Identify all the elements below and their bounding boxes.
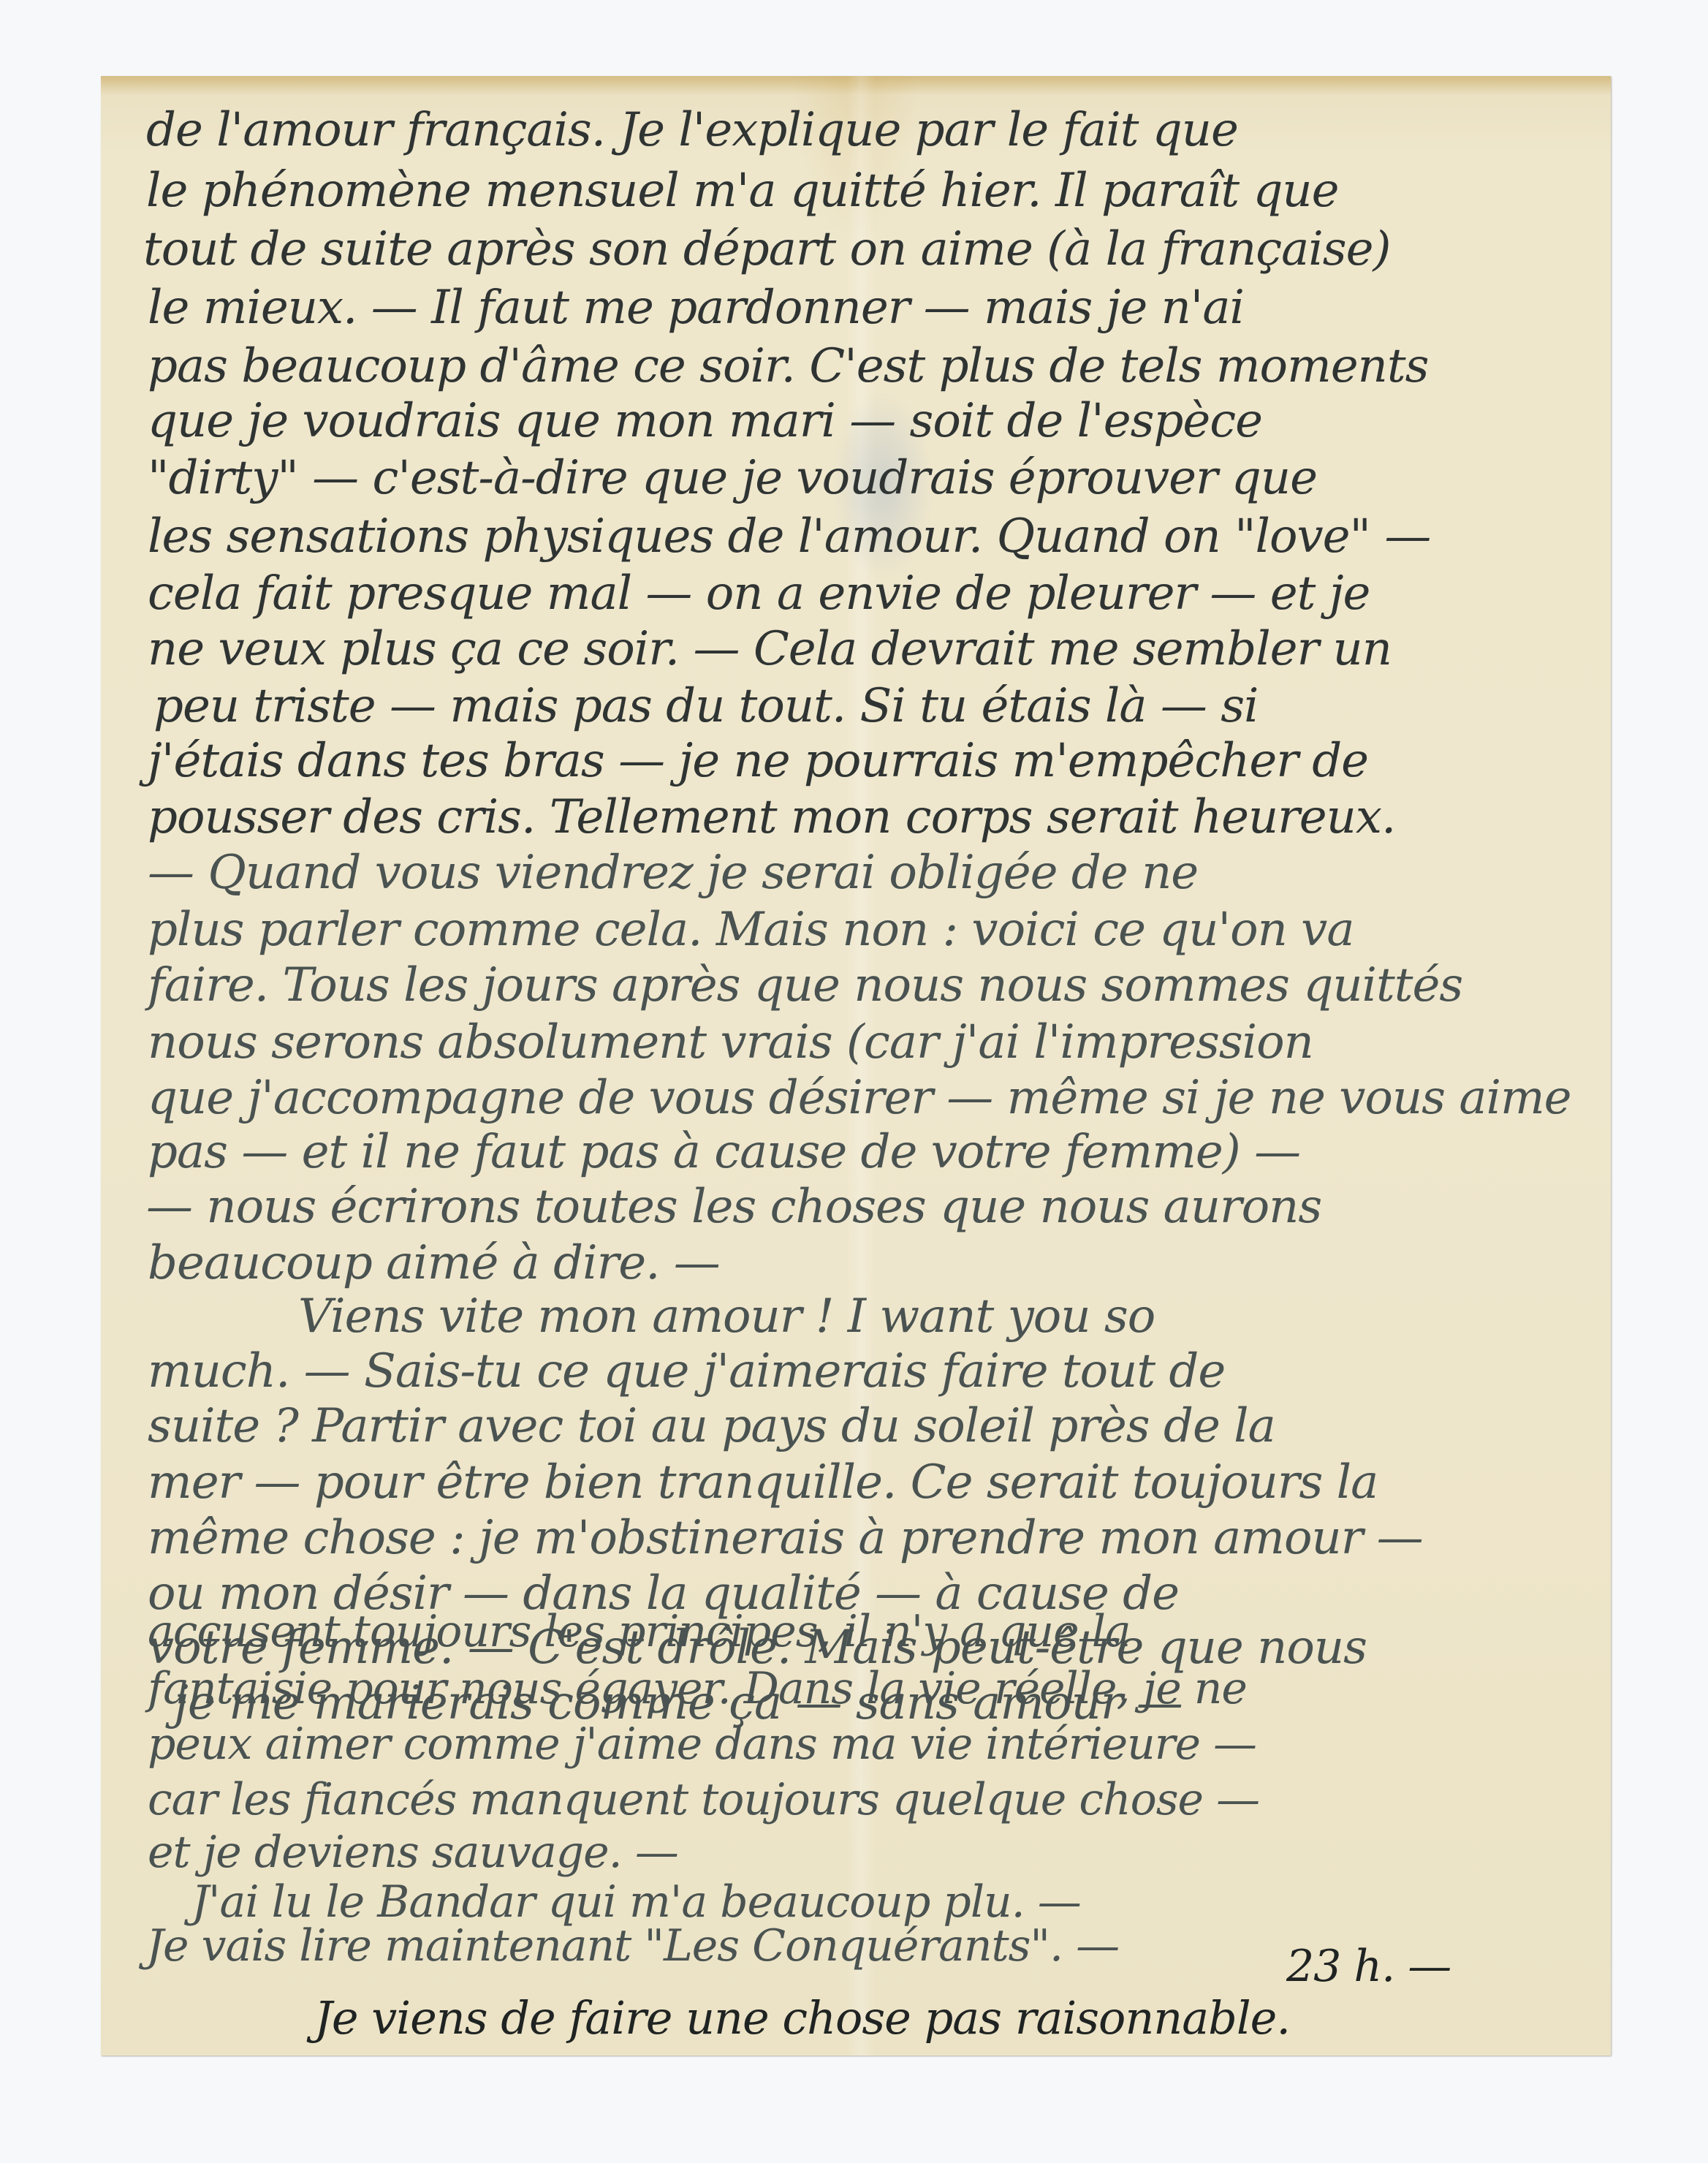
- letter-line: faire. Tous les jours après que nous nou…: [148, 962, 1462, 1009]
- letter-line: pas beaucoup d'âme ce soir. C'est plus d…: [148, 343, 1428, 390]
- letter-line: fantaisie pour nous égayer. Dans la vie …: [148, 1667, 1247, 1711]
- letter-line: mer — pour être bien tranquille. Ce sera…: [148, 1459, 1378, 1506]
- letter-line: "dirty" — c'est-à-dire que je voudrais é…: [148, 455, 1317, 501]
- letter-line: tout de suite après son départ on aime (…: [143, 226, 1390, 273]
- letter-line: que je voudrais que mon mari — soit de l…: [148, 398, 1262, 444]
- letter-line: même chose : je m'obstinerais à prendre …: [148, 1515, 1423, 1561]
- letter-line: que j'accompagne de vous désirer — même …: [148, 1075, 1571, 1121]
- letter-line: le mieux. — Il faut me pardonner — mais …: [148, 284, 1244, 331]
- letter-line: accusent toujours les principes, il n'y …: [148, 1610, 1131, 1653]
- letter-line: much. — Sais-tu ce que j'aimerais faire …: [148, 1348, 1225, 1395]
- letter-line: et je deviens sauvage. —: [148, 1830, 678, 1874]
- letter-line: j'étais dans tes bras — je ne pourrais m…: [148, 738, 1368, 784]
- letter-line: suite ? Partir avec toi au pays du solei…: [148, 1403, 1275, 1450]
- letter-line: — Quand vous viendrez je serai obligée d…: [148, 849, 1198, 896]
- letter-line: nous serons absolument vrais (car j'ai l…: [148, 1019, 1313, 1066]
- time-marker: 23 h. —: [1286, 1944, 1451, 1988]
- letter-line: beaucoup aimé à dire. —: [148, 1240, 720, 1287]
- letter-line: peux aimer comme j'aime dans ma vie inté…: [148, 1722, 1256, 1766]
- letter-line: plus parler comme cela. Mais non : voici…: [148, 906, 1354, 953]
- letter-line: Je vais lire maintenant "Les Conquérants…: [146, 1924, 1119, 1968]
- letter-line: Je viens de faire une chose pas raisonna…: [314, 1996, 1290, 2041]
- letter-line: peu triste — mais pas du tout. Si tu éta…: [153, 683, 1259, 730]
- letter-line: pousser des cris. Tellement mon corps se…: [148, 794, 1395, 841]
- letter-line: pas — et il ne faut pas à cause de votre…: [148, 1129, 1300, 1175]
- letter-line: ne veux plus ça ce soir. — Cela devrait …: [148, 626, 1392, 673]
- letter-line: de l'amour français. Je l'explique par l…: [146, 107, 1238, 154]
- letter-line: — nous écrirons toutes les choses que no…: [146, 1183, 1321, 1230]
- letter-line: les sensations physiques de l'amour. Qua…: [148, 513, 1430, 560]
- letter-line: J'ai lu le Bandar qui m'a beaucoup plu. …: [191, 1880, 1081, 1924]
- letter-line: cela fait presque mal — on a envie de pl…: [148, 570, 1370, 617]
- letter-line: Viens vite mon amour ! I want you so: [298, 1293, 1155, 1340]
- letter-line: le phénomène mensuel m'a quitté hier. Il…: [146, 167, 1339, 214]
- letter-line: car les fiancés manquent toujours quelqu…: [148, 1778, 1259, 1822]
